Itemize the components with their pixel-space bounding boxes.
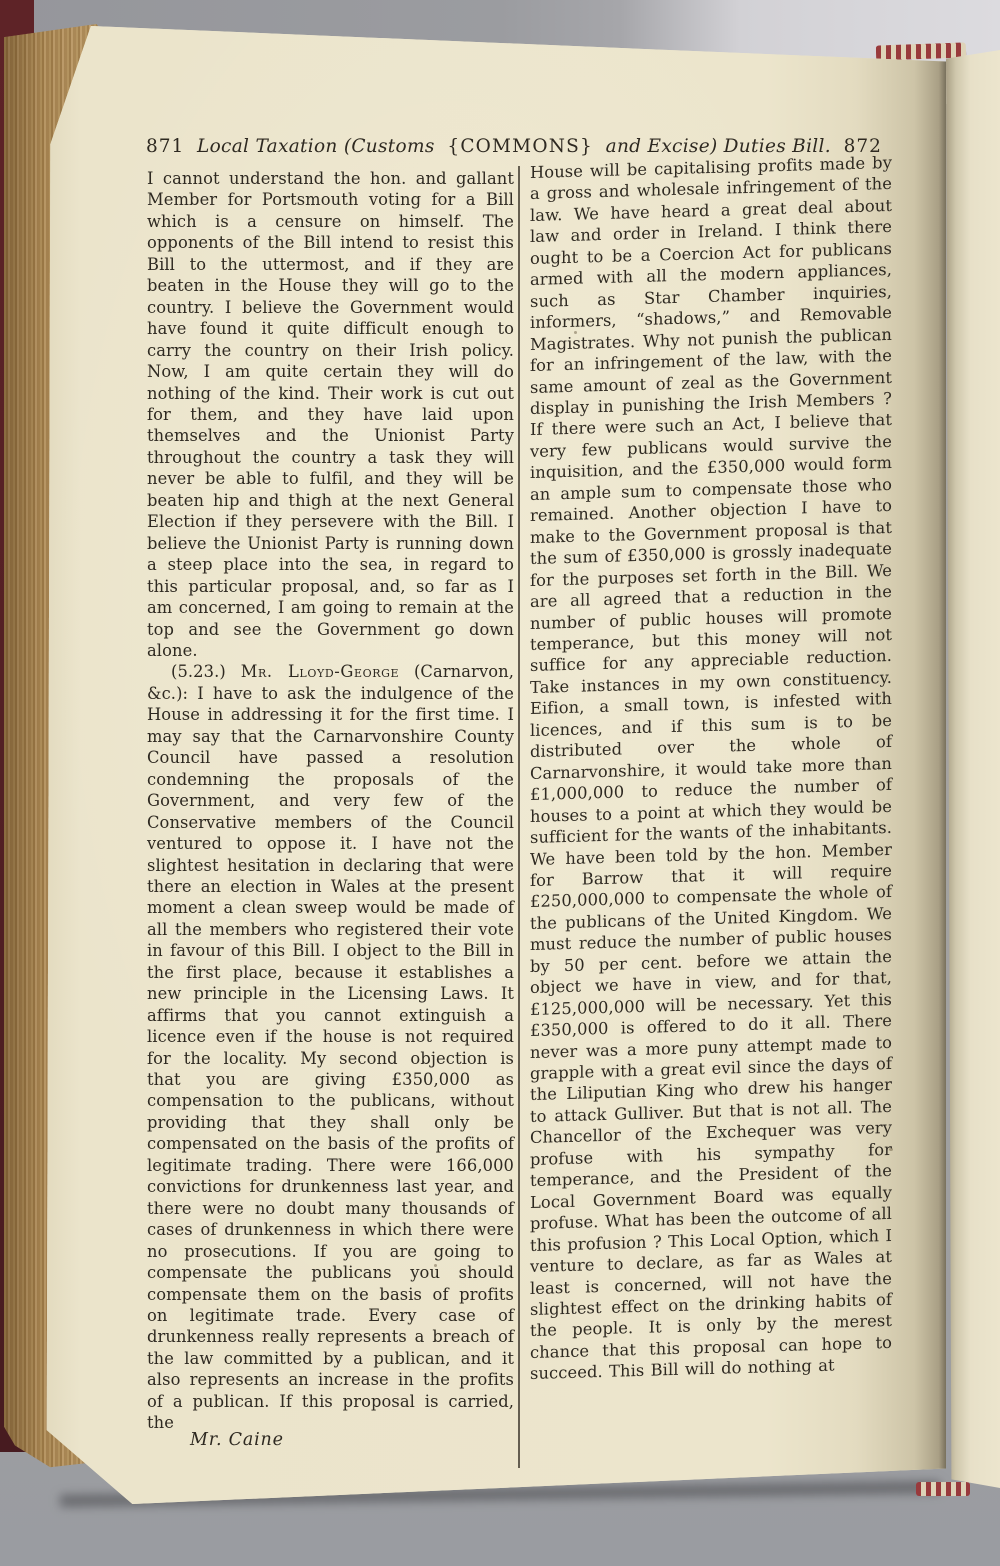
column-divider <box>518 166 520 1468</box>
speech-time: (5.23.) <box>171 662 241 681</box>
left-column: I cannot understand the hon. and gallant… <box>147 168 514 1434</box>
book-page: 871 Local Taxation (Customs {COMMONS} an… <box>44 26 946 1504</box>
facing-page-sliver <box>946 50 1000 1488</box>
speech-paragraph-caine: I cannot understand the hon. and gallant… <box>147 168 514 661</box>
foxing-speck <box>889 1148 893 1151</box>
tailband <box>916 1482 970 1496</box>
foxing-speck <box>574 331 577 334</box>
speech-paragraph-continued: House will be capitalising profits made … <box>530 152 892 1385</box>
speaker-name: Mr. Lloyd-George <box>241 662 399 681</box>
foxing-speck <box>434 1264 437 1267</box>
chamber-heading: {COMMONS} <box>447 136 593 158</box>
book-scan-scene: 871 Local Taxation (Customs {COMMONS} an… <box>0 0 1000 1566</box>
speech-text: (Carnarvon, &c.): I have to ask the indu… <box>147 662 514 1432</box>
page-number-left: 871 <box>146 136 184 158</box>
speech-paragraph-lloyd-george: (5.23.) Mr. Lloyd-George (Carnarvon, &c.… <box>147 661 514 1433</box>
footer-speaker: Mr. Caine <box>190 1430 284 1450</box>
running-title-left: Local Taxation (Customs <box>197 136 435 158</box>
right-column: House will be capitalising profits made … <box>530 152 892 1385</box>
